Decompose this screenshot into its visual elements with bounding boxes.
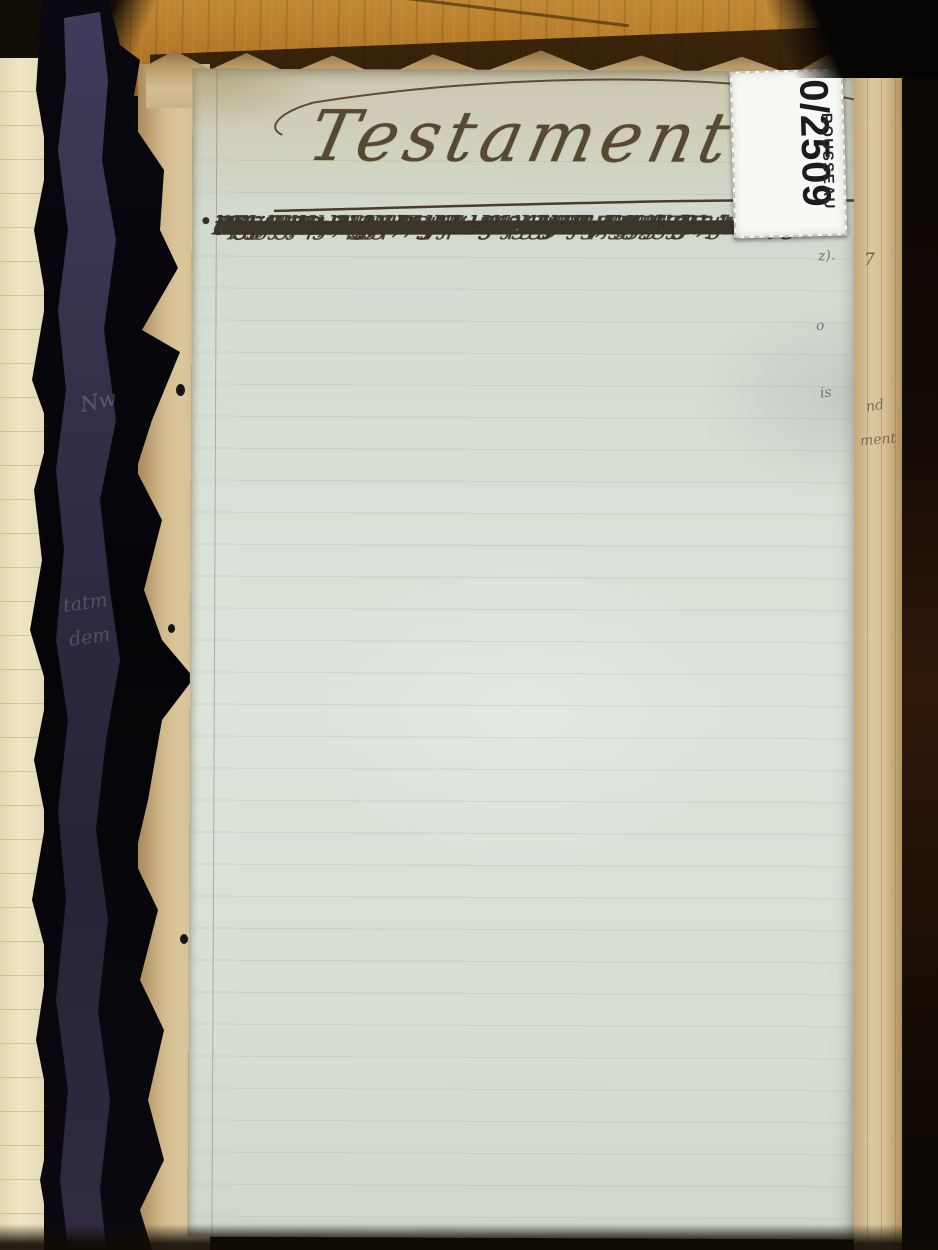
archive-label-sticker: 0/2509 ROUSSEAU	[730, 68, 848, 238]
page-edge-fragment: ment	[859, 430, 896, 449]
torn-dark-page-remnant: Nw tatm dem	[12, 0, 204, 1250]
dark-background-right	[902, 0, 938, 1250]
page-edge-fragment: z).	[817, 247, 836, 264]
page-edge-fragment: nd	[865, 397, 885, 415]
bottom-page-shadow	[0, 1224, 938, 1250]
ruled-lines	[187, 129, 860, 1232]
page-number-fragment: 7	[864, 250, 875, 270]
page-edge-fragment: is	[819, 384, 832, 401]
manuscript-page: Testament Zij het kennelijk. Dat op hede…	[187, 69, 860, 1240]
page-edge-fragment: o	[815, 318, 825, 335]
archival-photo: Nw tatm dem Testament Zij het kennelijk.…	[0, 0, 938, 1250]
dark-corner-top-right	[740, 0, 938, 78]
archive-label-name: ROUSSEAU	[817, 79, 838, 210]
archive-label-text: 0/2509 ROUSSEAU	[732, 71, 846, 237]
